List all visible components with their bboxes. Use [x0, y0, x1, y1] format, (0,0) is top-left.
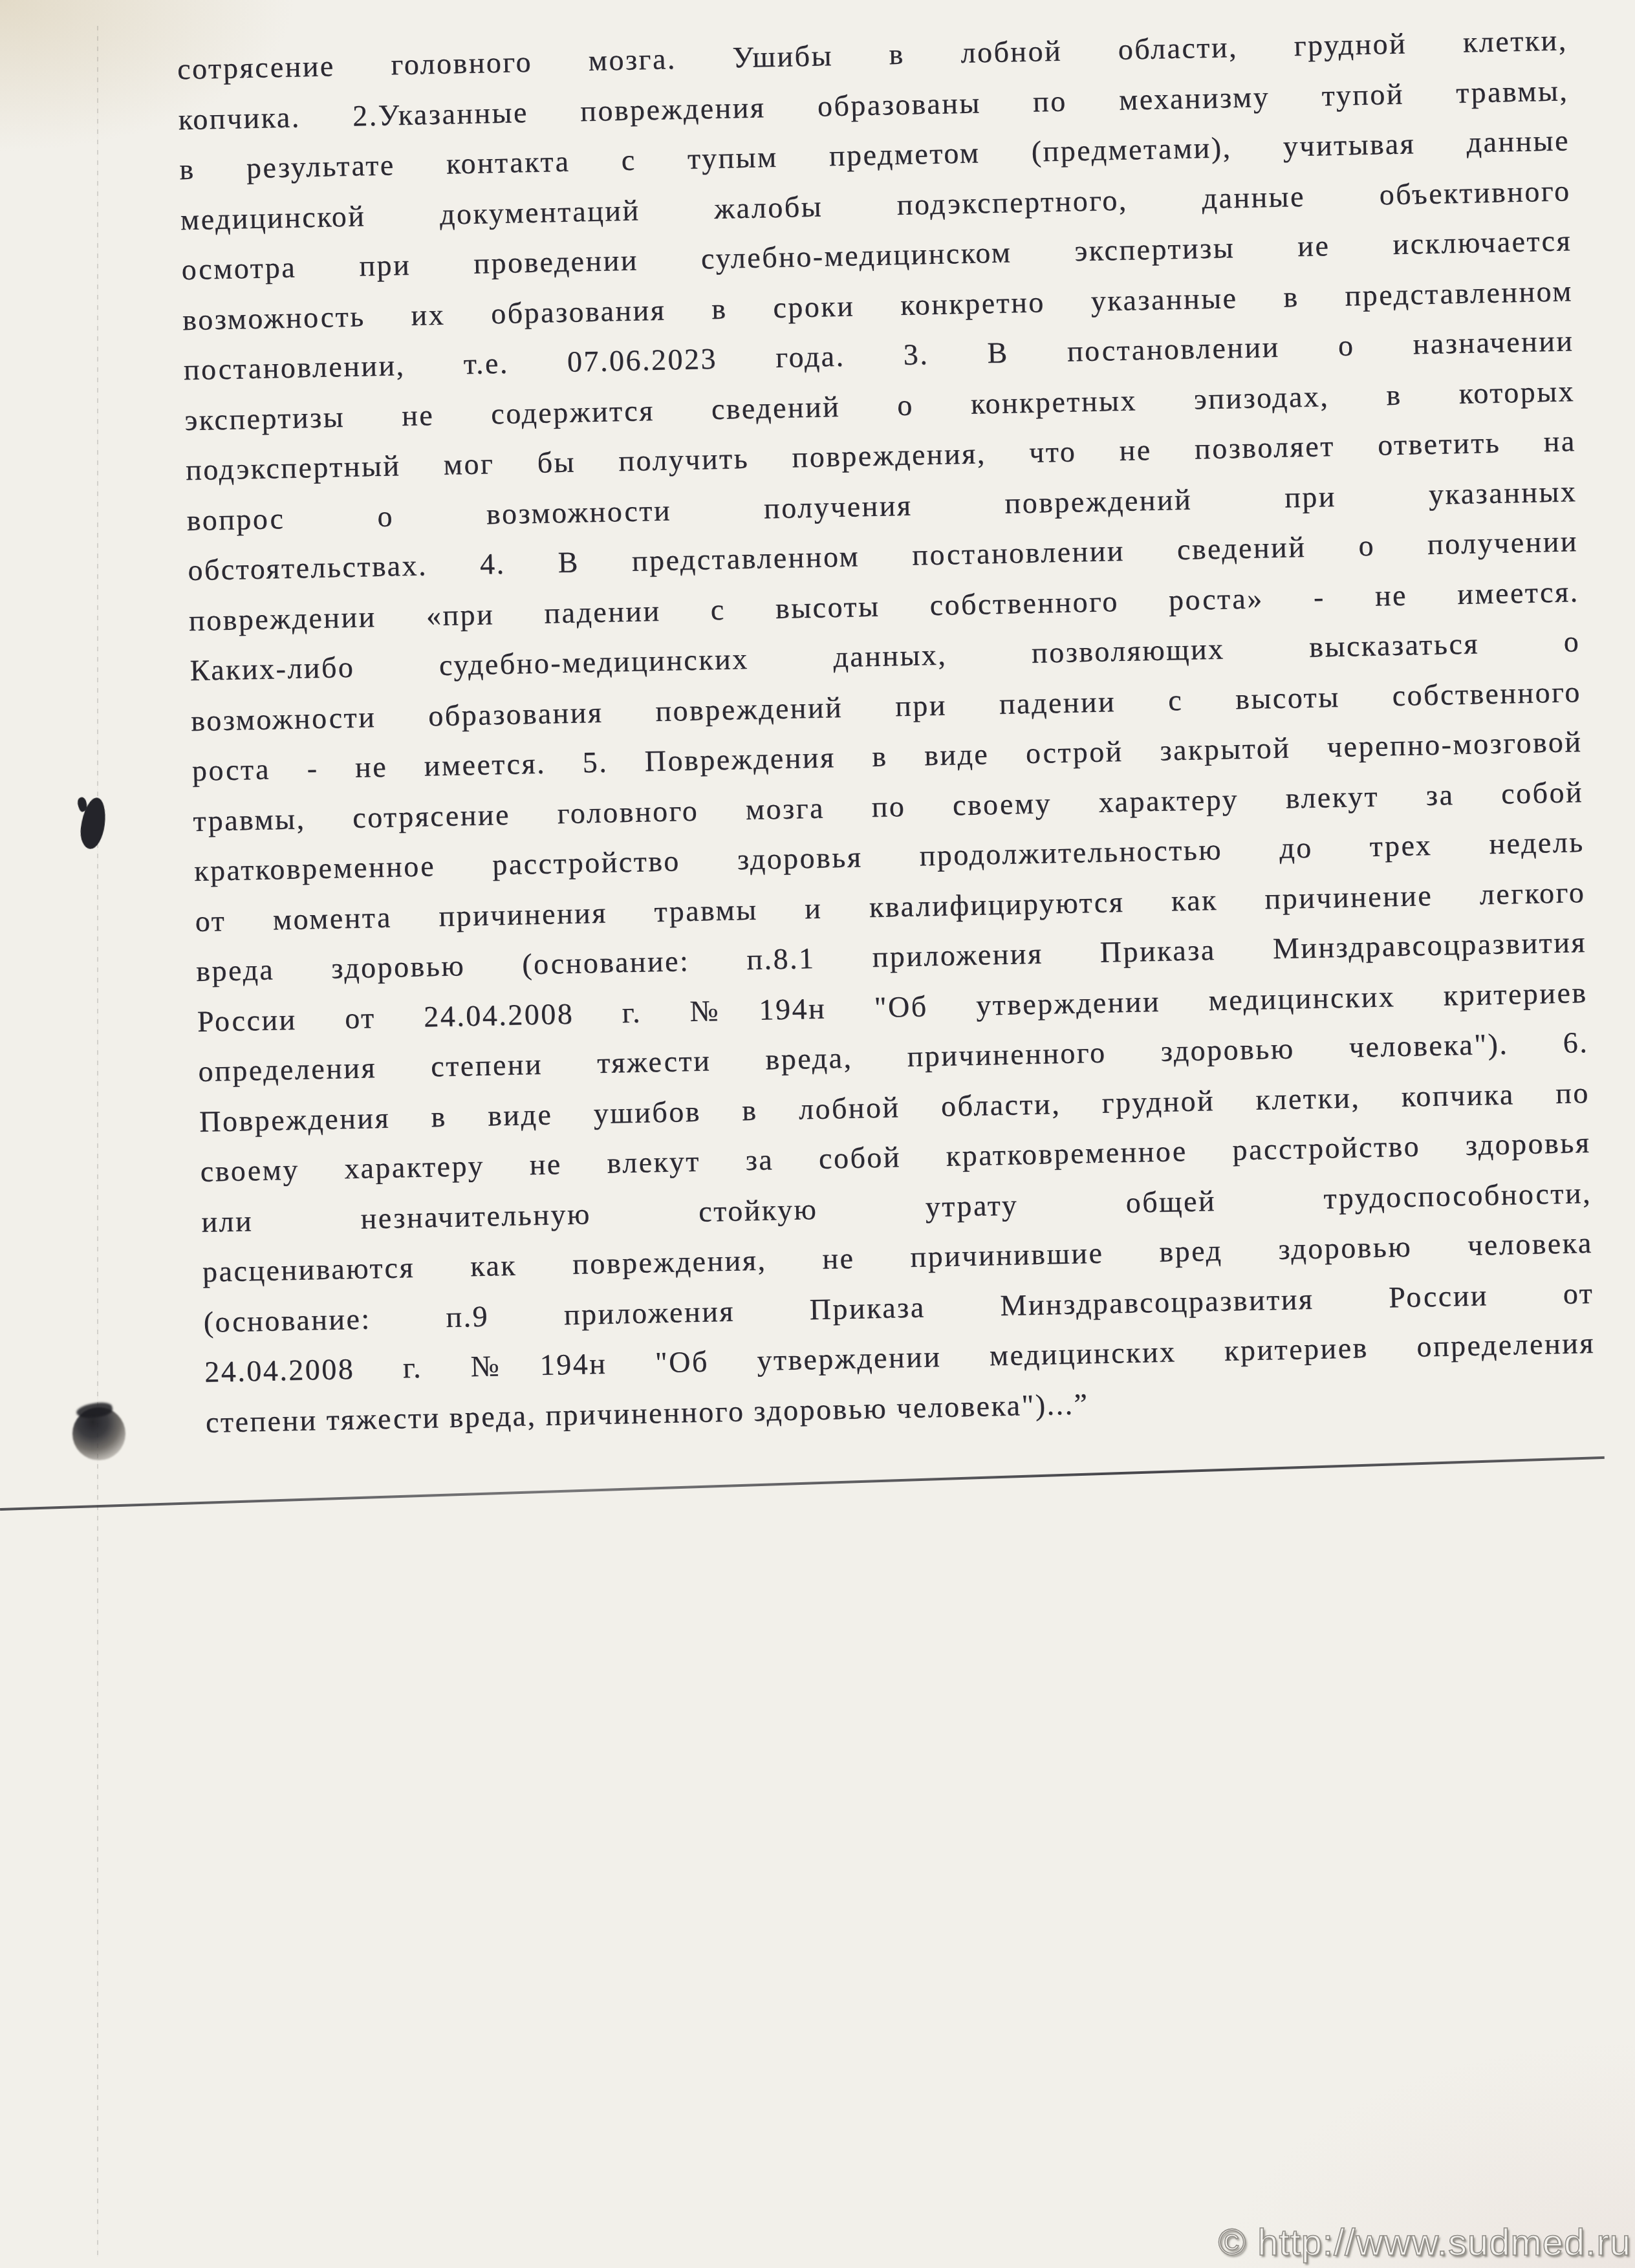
fold-crease-line: [97, 26, 98, 2257]
document-text-block: сотрясение головного мозга. Ушибы в лобн…: [177, 15, 1596, 1447]
ink-smudge-mark: [72, 1407, 125, 1460]
ink-blot-mark: [78, 796, 107, 850]
watermark: © http://www.sudmed.ru: [1218, 2221, 1631, 2264]
copyright-watermark-text: © http://www.sudmed.ru: [1218, 2221, 1631, 2263]
scanned-page: сотрясение головного мозга. Ушибы в лобн…: [0, 0, 1635, 2268]
scan-divider-line: [0, 1456, 1605, 1511]
